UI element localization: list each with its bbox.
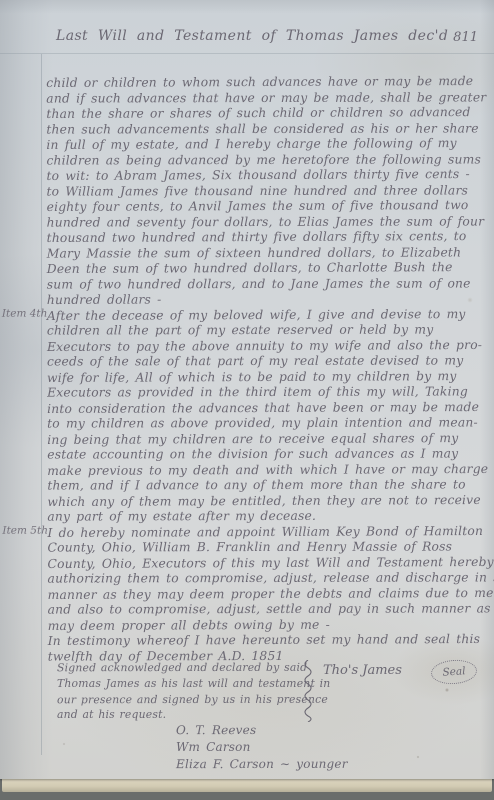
- document-line: in full of my estate, and I hereby charg…: [46, 136, 482, 154]
- document-line: children as being advanced by me heretof…: [46, 152, 482, 169]
- margin-label-item-4: Item 4th: [2, 307, 46, 320]
- document-line: Thomas James as his last will and testam…: [57, 676, 309, 692]
- document-line: County, Ohio, Executors of this my last …: [47, 554, 483, 572]
- witness-signature: O. T. Reeves: [176, 722, 348, 739]
- attestation-brace-squiggle: [301, 660, 315, 726]
- document-line: I do hereby nominate and appoint William…: [47, 523, 483, 541]
- document-line: to William James five thousand nine hund…: [47, 183, 483, 200]
- seal-label: Seal: [442, 665, 466, 679]
- document-line: County, Ohio, William B. Franklin and He…: [47, 539, 483, 556]
- document-line: and if such advances that have or may be…: [46, 90, 482, 107]
- document-line: manner as they may deem proper the debts…: [48, 585, 484, 603]
- document-line: children all the part of my estate reser…: [47, 322, 483, 339]
- attestation-lines: Signed acknowledged and declared by said…: [57, 660, 309, 723]
- document-line: hundred and seventy four dollars, to Eli…: [47, 214, 483, 231]
- item-4-paragraph: Item 4th After the decease of my beloved…: [47, 307, 484, 525]
- header-rule-line: [0, 53, 494, 54]
- document-line: Deen the sum of two hundred dollars, to …: [47, 260, 483, 278]
- opening-paragraph: child or children to whom such advances …: [46, 74, 483, 308]
- document-line: and also to compromise, adjust, settle a…: [48, 601, 484, 618]
- document-line: make previous to my death and with which…: [47, 461, 483, 479]
- document-line: Executors to pay the above annuity to my…: [47, 337, 483, 355]
- item-4-lines: After the decease of my beloved wife, I …: [47, 307, 484, 525]
- document-line: Executors as provided in the third item …: [47, 384, 483, 401]
- document-line: into consideration the advances that hav…: [47, 399, 483, 417]
- document-line: ceeds of the sale of that part of my rea…: [47, 353, 483, 370]
- document-line: them, and if I advance to any of them mo…: [47, 477, 483, 494]
- document-line: which any of them may be entitled, then …: [47, 492, 483, 510]
- page-title: Last Will and Testament of Thomas James …: [56, 28, 448, 44]
- document-line: eighty four cents, to Anvil James the su…: [47, 198, 483, 216]
- document-line: any part of my estate after my decease.: [47, 508, 483, 525]
- document-line: ing being that my children are to receiv…: [47, 430, 483, 448]
- witness-signatures: O. T. Reeves Wm Carson Eliza F. Carson ~…: [176, 722, 348, 773]
- underlying-page-edge: [2, 777, 492, 792]
- document-line: authorizing them to compromise, adjust, …: [48, 570, 484, 587]
- document-line: then such advancements shall be consider…: [46, 121, 482, 138]
- document-line: sum of two hundred dollars, and to Jane …: [47, 276, 483, 293]
- document-line: to wit: to Abram James, Six thousand dol…: [46, 167, 482, 185]
- document-line: thousand two hundred and thirty five dol…: [47, 229, 483, 247]
- document-line: and at his request.: [57, 707, 309, 723]
- margin-label-item-5: Item 5th: [2, 524, 46, 537]
- document-line: hundred dollars -: [47, 291, 483, 309]
- document-line: In testimony whereof I have hereunto set…: [48, 632, 484, 650]
- document-line: our presence and signed by us in his pre…: [57, 691, 309, 707]
- page-number: 811: [453, 30, 478, 45]
- document-line: to my children as above provided, my pla…: [47, 415, 483, 432]
- document-line: Mary Massie the sum of sixteen hundred d…: [47, 245, 483, 262]
- left-margin-rule-line: [41, 54, 42, 755]
- document-line: child or children to whom such advances …: [46, 74, 482, 92]
- will-body-text: child or children to whom such advances …: [46, 74, 484, 664]
- document-line: After the decease of my beloved wife, I …: [47, 306, 483, 324]
- testator-signature: Tho's James: [323, 663, 402, 678]
- witness-signature: Wm Carson: [176, 739, 348, 756]
- item-5-paragraph: Item 5th I do hereby nominate and appoin…: [47, 524, 483, 634]
- document-line: estate accounting on the division for su…: [47, 446, 483, 463]
- document-line: wife for life, All of which is to be pai…: [47, 368, 483, 386]
- witness-signature: Eliza F. Carson ~ younger: [176, 756, 348, 773]
- record-book-scan: Last Will and Testament of Thomas James …: [0, 0, 494, 800]
- document-line: Signed acknowledged and declared by said: [57, 660, 309, 676]
- will-page: Last Will and Testament of Thomas James …: [0, 0, 494, 779]
- document-line: than the share or shares of such child o…: [46, 105, 482, 123]
- item-5-lines: I do hereby nominate and appoint William…: [47, 524, 483, 634]
